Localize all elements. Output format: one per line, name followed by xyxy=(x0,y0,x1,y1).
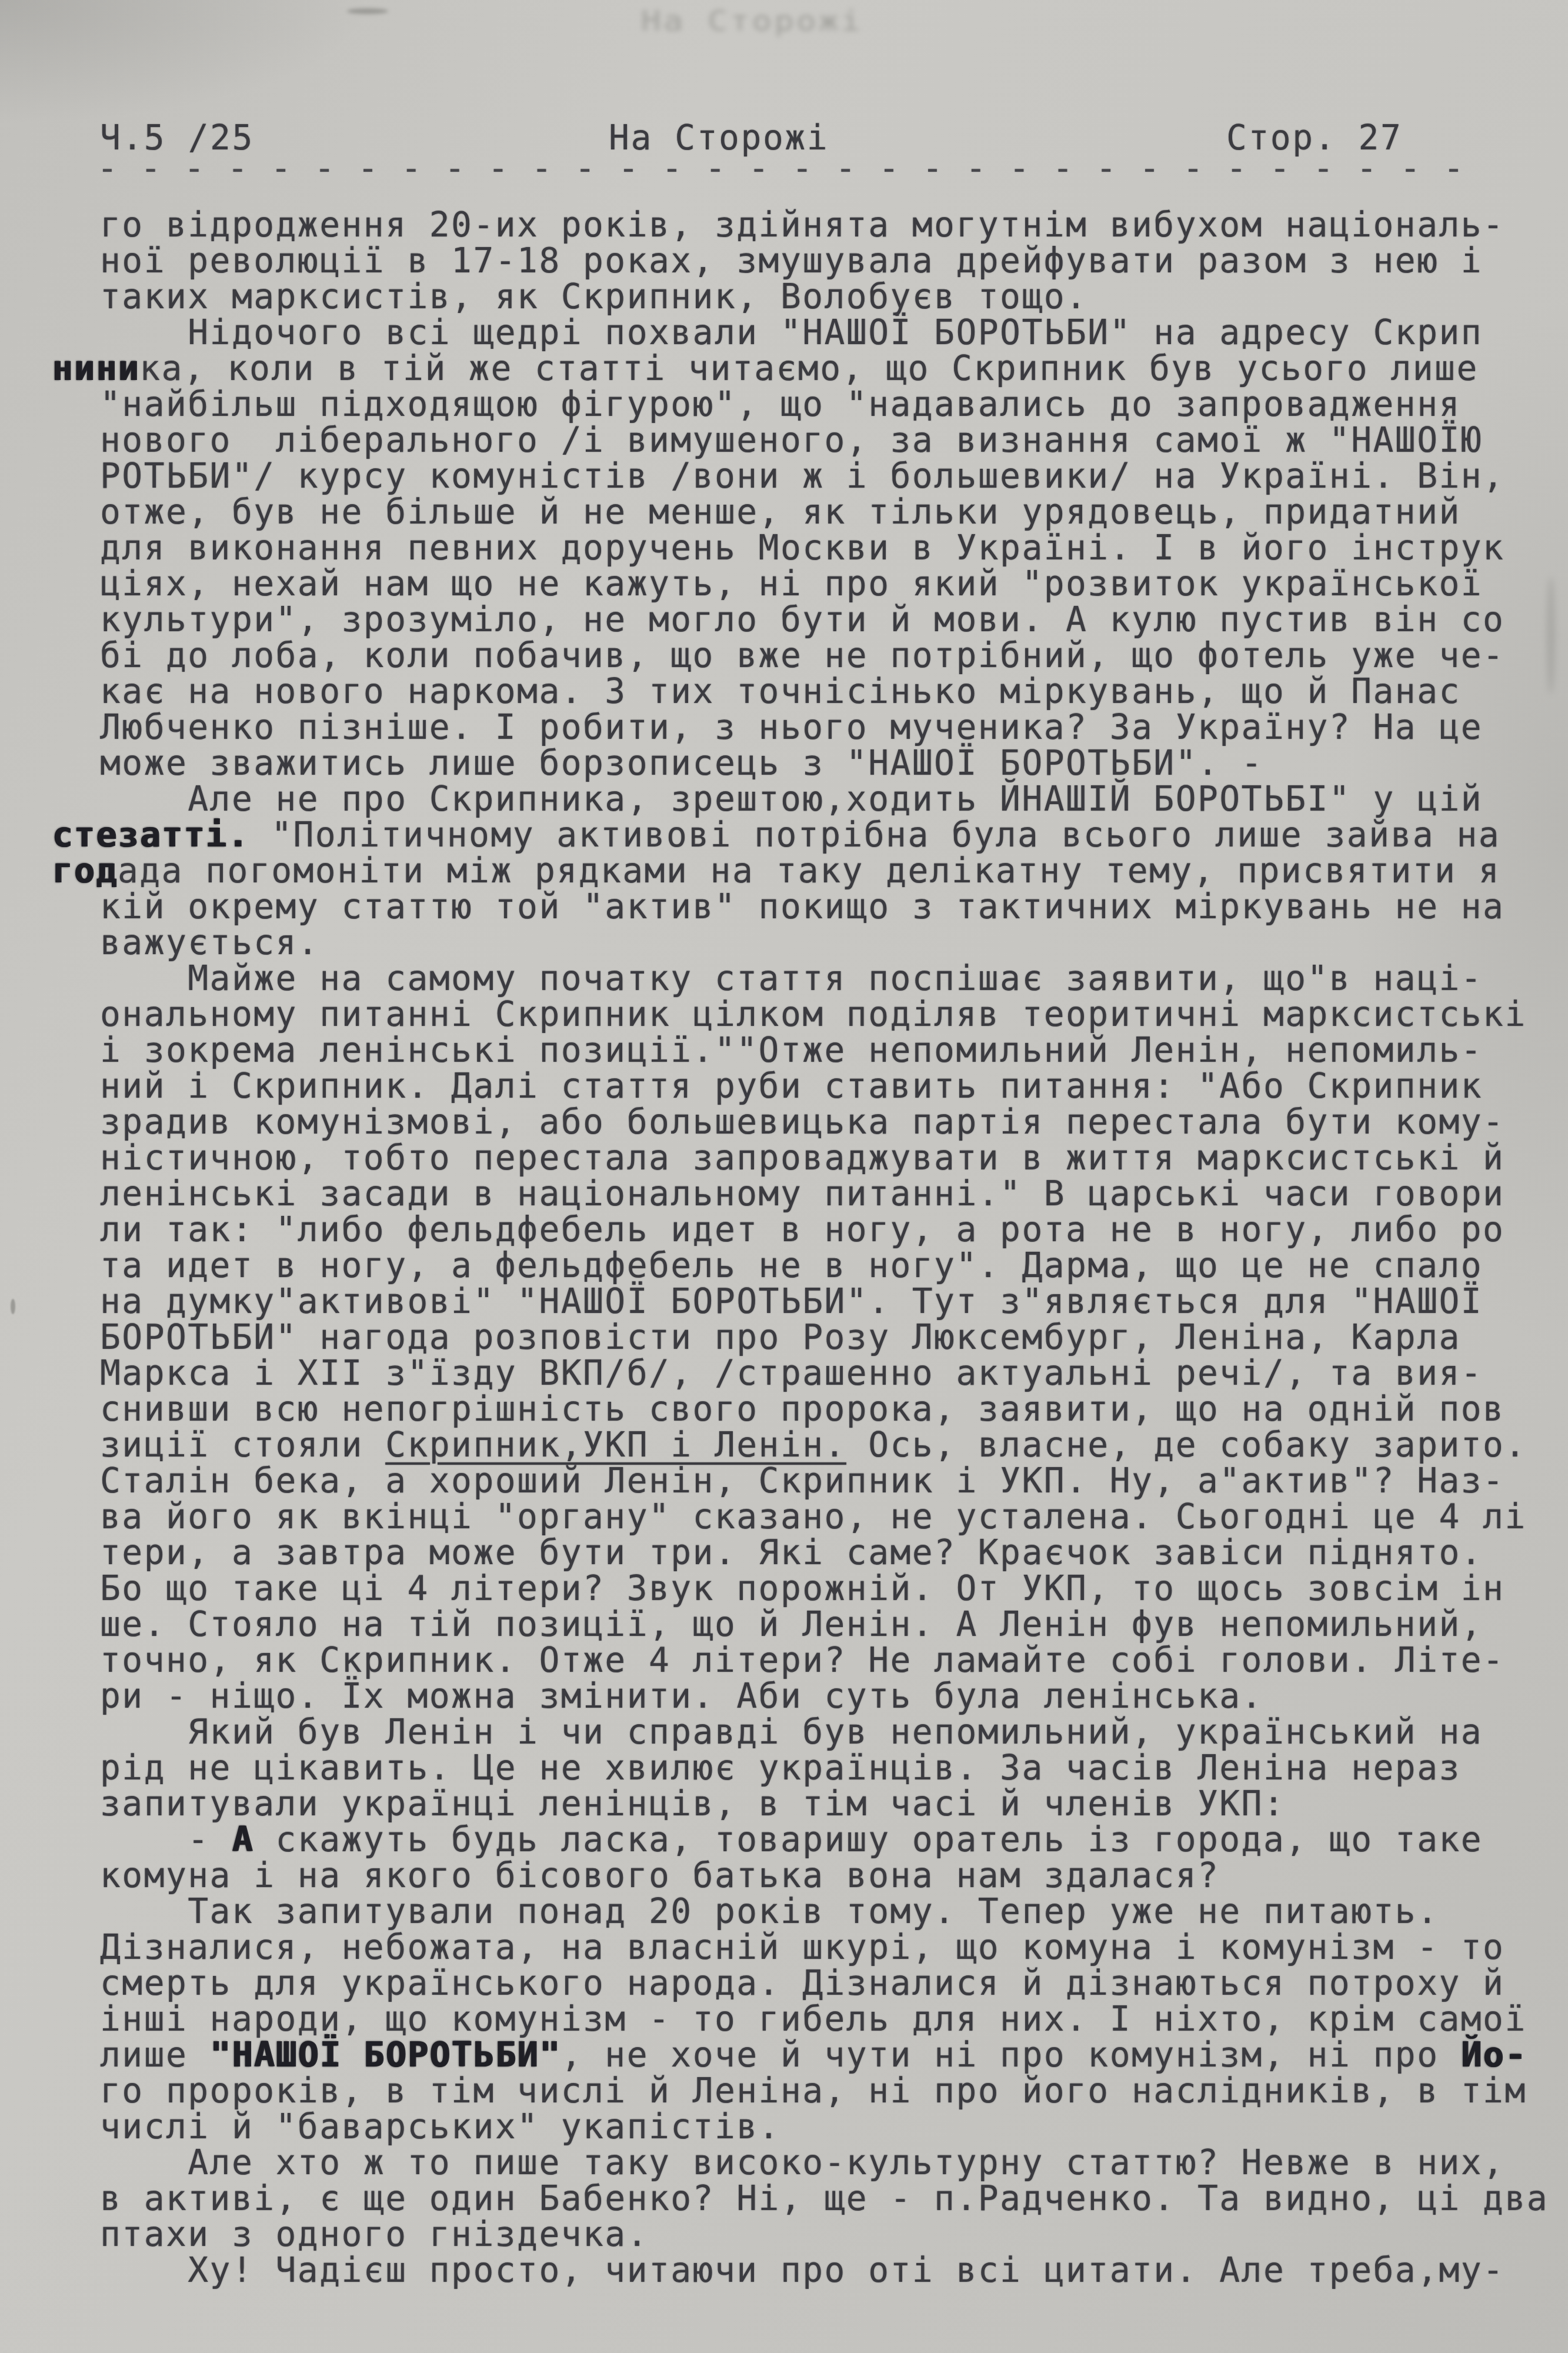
text-segment: , не хоче й чути ні про комунізм, ні про xyxy=(561,2035,1461,2075)
text-segment: го відродження 20-их років, здійнята мог… xyxy=(100,205,1504,245)
text-line: РОТЬБИ"/ курсу комуністів /вони ж і боль… xyxy=(100,458,1535,494)
text-line: для виконання певних доручень Москви в У… xyxy=(100,530,1535,566)
text-line: го пророків, в тім числі й Леніна, ні пр… xyxy=(100,2073,1535,2109)
text-line: "найбільш підходящою фігурою", що "надав… xyxy=(100,386,1535,422)
text-segment: комуна і на якого бісового батька вона н… xyxy=(100,1855,1219,1895)
text-line: го відродження 20-их років, здійнята мог… xyxy=(100,207,1535,243)
text-line: запитували українці ленінців, в тім часі… xyxy=(100,1786,1535,1822)
text-segment: птахи з одного гніздечка. xyxy=(100,2214,649,2254)
paper-speck xyxy=(1547,576,1555,694)
text-segment: Ху! Чадієш просто, читаючи про оті всі ц… xyxy=(100,2250,1504,2290)
text-line: Нідочого всі щедрі похвали "НАШОЇ БОРОТЬ… xyxy=(100,315,1535,351)
text-line: Але не про Скрипника, зрештою,ходить ЙНА… xyxy=(100,781,1535,817)
text-segment: важується. xyxy=(100,922,319,962)
text-line: ниника, коли в тій же статті читаємо, що… xyxy=(52,351,1535,386)
text-line: зиції стояли Скрипник,УКП і Ленін. Ось, … xyxy=(100,1427,1535,1463)
overstruck-text: Йо- xyxy=(1461,2035,1527,2075)
text-segment: ка, коли в тій же статті читаємо, що Скр… xyxy=(139,348,1478,388)
text-line: числі й "баварських" укапістів. xyxy=(100,2109,1535,2145)
text-line: таких марксистів, як Скрипник, Волобуєв … xyxy=(100,279,1535,315)
text-line: ленінські засади в національному питанні… xyxy=(100,1176,1535,1212)
overstruck-text: год xyxy=(52,851,118,891)
text-segment: для виконання певних доручень Москви в У… xyxy=(100,528,1504,568)
text-line: бі до лоба, коли побачив, що вже не потр… xyxy=(100,638,1535,674)
text-line: кій окрему статтю той "актив" покищо з т… xyxy=(100,889,1535,925)
text-segment: ної революції в 17-18 роках, змушувала д… xyxy=(100,241,1483,281)
text-segment: "найбільш підходящою фігурою", що "надав… xyxy=(100,384,1461,424)
text-line: ва його як вкінці "органу" сказано, не у… xyxy=(100,1499,1535,1535)
text-segment: зрадив комунізмові, або большевицька пар… xyxy=(100,1102,1504,1142)
text-segment: ний і Скрипник. Далі стаття руби ставить… xyxy=(100,1066,1483,1106)
text-line: зрадив комунізмові, або большевицька пар… xyxy=(100,1104,1535,1140)
text-line: Маркса і XII з"їзду ВКП/б/, /страшенно а… xyxy=(100,1355,1535,1391)
text-segment: отже, був не більше й не менше, як тільк… xyxy=(100,492,1461,532)
overstruck-text: стезатті. xyxy=(52,815,249,855)
text-segment: культури", зрозуміло, не могло бути й мо… xyxy=(100,599,1504,639)
text-segment: зиції стояли xyxy=(100,1425,385,1465)
text-line: Дізналися, небожата, на власній шкурі, щ… xyxy=(100,1929,1535,1965)
text-line: лише "НАШОЇ БОРОТЬБИ", не хоче й чути ні… xyxy=(100,2037,1535,2073)
text-line: ціях, нехай нам що не кажуть, ні про яки… xyxy=(100,566,1535,602)
text-line: ри - ніщо. Їх можна змінити. Аби суть бу… xyxy=(100,1678,1535,1714)
text-line: ональному питанні Скрипник цілком поділя… xyxy=(100,996,1535,1032)
text-segment: запитували українці ленінців, в тім часі… xyxy=(100,1784,1285,1824)
text-segment: інші народи, що комунізм - то гибель для… xyxy=(100,1999,1527,2039)
overstruck-text: А xyxy=(232,1819,253,1859)
overstruck-text: нини xyxy=(52,348,139,388)
text-line: Так запитували понад 20 років тому. Тепе… xyxy=(100,1894,1535,1929)
text-segment: та идет в ногу, а фельдфебель не в ногу"… xyxy=(100,1245,1483,1285)
text-line: ний і Скрипник. Далі стаття руби ставить… xyxy=(100,1068,1535,1104)
text-line: отже, був не більше й не менше, як тільк… xyxy=(100,494,1535,530)
underlined-text: Скрипник,УКП і Ленін. xyxy=(385,1425,846,1465)
text-segment: кає на нового наркома. З тих точнісінько… xyxy=(100,671,1461,711)
text-line: годада погомоніти між рядками на таку де… xyxy=(52,853,1535,889)
text-line: культури", зрозуміло, не могло бути й мо… xyxy=(100,602,1535,638)
text-line: комуна і на якого бісового батька вона н… xyxy=(100,1858,1535,1894)
text-line: Сталін бека, а хороший Ленін, Скрипник і… xyxy=(100,1463,1535,1499)
text-line: Але хто ж то пише таку високо-культурну … xyxy=(100,2145,1535,2181)
text-line: ністичною, тобто перестала запроваджуват… xyxy=(100,1140,1535,1176)
text-segment: і зокрема ленінські позиції.""Отже непом… xyxy=(100,1030,1483,1070)
text-segment: ва його як вкінці "органу" сказано, не у… xyxy=(100,1497,1527,1537)
text-segment: тери, а завтра може бути три. Які саме? … xyxy=(100,1532,1483,1572)
text-segment: смерть для українського народа. Дізналис… xyxy=(100,1963,1504,2003)
text-segment: - xyxy=(100,1819,232,1859)
text-line: кає на нового наркома. З тих точнісінько… xyxy=(100,674,1535,709)
text-line: стезатті. "Політичному активові потрібна… xyxy=(52,817,1535,853)
text-segment: ціях, нехай нам що не кажуть, ні про яки… xyxy=(100,564,1483,604)
text-line: і зокрема ленінські позиції.""Отже непом… xyxy=(100,1032,1535,1068)
text-segment: ше. Стояло на тій позиції, що й Ленін. А… xyxy=(100,1604,1483,1644)
scanned-page: На Сторожі Ч.5 /25 На Сторожі Стор. 27 -… xyxy=(0,0,1568,2353)
text-segment: кій окрему статтю той "актив" покищо з т… xyxy=(100,886,1504,926)
text-line: БОРОТЬБИ" нагода розповісти про Розу Люк… xyxy=(100,1319,1535,1355)
text-line: снивши всю непогрішність свого пророка, … xyxy=(100,1391,1535,1427)
text-segment: скажуть будь ласка, товаришу оратель із … xyxy=(253,1819,1483,1859)
text-segment: Так запитували понад 20 років тому. Тепе… xyxy=(100,1891,1439,1931)
text-segment: ри - ніщо. Їх можна змінити. Аби суть бу… xyxy=(100,1676,1263,1716)
overstruck-text: "НАШОЇ БОРОТЬБИ" xyxy=(210,2035,561,2075)
text-segment: го пророків, в тім числі й Леніна, ні пр… xyxy=(100,2071,1527,2111)
text-line: ної революції в 17-18 роках, змушувала д… xyxy=(100,243,1535,279)
text-segment: "Політичному активові потрібна була всьо… xyxy=(249,815,1500,855)
text-segment: снивши всю непогрішність свого пророка, … xyxy=(100,1389,1504,1429)
text-segment: може зважитись лише борзописець з "НАШОЇ… xyxy=(100,743,1263,783)
text-segment: рід не цікавить. Це не хвилює українців.… xyxy=(100,1748,1461,1788)
text-segment: Любченко пізніше. І робити, з нього муче… xyxy=(100,707,1483,747)
text-segment: Маркса і XII з"їзду ВКП/б/, /страшенно а… xyxy=(100,1353,1483,1393)
text-segment: ональному питанні Скрипник цілком поділя… xyxy=(100,994,1527,1034)
text-line: нового ліберального /і вимушеного, за ви… xyxy=(100,422,1535,458)
text-line: ше. Стояло на тій позиції, що й Ленін. А… xyxy=(100,1607,1535,1642)
text-segment: бі до лоба, коли побачив, що вже не потр… xyxy=(100,635,1504,675)
text-line: тери, а завтра може бути три. Які саме? … xyxy=(100,1535,1535,1571)
text-segment: Але хто ж то пише таку високо-культурну … xyxy=(100,2142,1504,2182)
text-line: може зважитись лише борзописець з "НАШОЇ… xyxy=(100,745,1535,781)
text-segment: Нідочого всі щедрі похвали "НАШОЇ БОРОТЬ… xyxy=(100,312,1483,352)
paper-speck xyxy=(347,8,388,14)
text-segment: в активі, є ще один Бабенко? Ні, ще - п.… xyxy=(100,2178,1549,2218)
text-line: в активі, є ще один Бабенко? Ні, ще - п.… xyxy=(100,2181,1535,2217)
text-line: на думку"активові" "НАШОЇ БОРОТЬБИ". Тут… xyxy=(100,1284,1535,1319)
dash-leader: - - - - - - - - - - - - - - - - - - - - … xyxy=(97,148,1485,188)
text-line: Бо що таке ці 4 літери? Звук порожній. О… xyxy=(100,1571,1535,1607)
text-segment: РОТЬБИ"/ курсу комуністів /вони ж і боль… xyxy=(100,456,1504,496)
scan-smudge: На Сторожі xyxy=(641,5,863,38)
text-line: Ху! Чадієш просто, читаючи про оті всі ц… xyxy=(100,2252,1535,2288)
text-segment: числі й "баварських" укапістів. xyxy=(100,2107,780,2147)
text-segment: ленінські засади в національному питанні… xyxy=(100,1174,1504,1214)
text-segment: Дізналися, небожата, на власній шкурі, щ… xyxy=(100,1927,1504,1967)
text-line: ли так: "либо фельдфебель идет в ногу, а… xyxy=(100,1212,1535,1248)
text-line: смерть для українського народа. Дізналис… xyxy=(100,1965,1535,2001)
text-line: Майже на самому початку стаття поспішає … xyxy=(100,961,1535,996)
text-line: точно, як Скрипник. Отже 4 літери? Не ла… xyxy=(100,1642,1535,1678)
text-segment: таких марксистів, як Скрипник, Волобуєв … xyxy=(100,276,1087,316)
text-segment: ли так: "либо фельдфебель идет в ногу, а… xyxy=(100,1209,1504,1249)
text-segment: Майже на самому початку стаття поспішає … xyxy=(100,958,1483,998)
text-line: Який був Ленін і чи справді був непомиль… xyxy=(100,1714,1535,1750)
text-segment: точно, як Скрипник. Отже 4 літери? Не ла… xyxy=(100,1640,1504,1680)
text-segment: на думку"активові" "НАШОЇ БОРОТЬБИ". Тут… xyxy=(100,1281,1483,1321)
text-line: Любченко пізніше. І робити, з нього муче… xyxy=(100,709,1535,745)
text-segment: лише xyxy=(100,2035,210,2075)
text-segment: ада погомоніти між рядками на таку делік… xyxy=(118,851,1500,891)
text-line: птахи з одного гніздечка. xyxy=(100,2217,1535,2252)
text-segment: Сталін бека, а хороший Ленін, Скрипник і… xyxy=(100,1461,1504,1501)
text-line: інші народи, що комунізм - то гибель для… xyxy=(100,2001,1535,2037)
text-segment: БОРОТЬБИ" нагода розповісти про Розу Люк… xyxy=(100,1317,1461,1357)
text-line: рід не цікавить. Це не хвилює українців.… xyxy=(100,1750,1535,1786)
text-segment: Який був Ленін і чи справді був непомиль… xyxy=(100,1712,1483,1752)
text-segment: Але не про Скрипника, зрештою,ходить ЙНА… xyxy=(100,779,1483,819)
text-line: важується. xyxy=(100,925,1535,961)
text-line: та идет в ногу, а фельдфебель не в ногу"… xyxy=(100,1248,1535,1284)
text-segment: Бо що таке ці 4 літери? Звук порожній. О… xyxy=(100,1568,1504,1608)
text-line: - А скажуть будь ласка, товаришу оратель… xyxy=(100,1822,1535,1858)
text-segment: ністичною, тобто перестала запроваджуват… xyxy=(100,1138,1504,1178)
paper-speck xyxy=(11,1299,15,1314)
text-segment: Ось, власне, де собаку зарито. xyxy=(846,1425,1527,1465)
body-text: го відродження 20-их років, здійнята мог… xyxy=(100,207,1535,2288)
text-segment: нового ліберального /і вимушеного, за ви… xyxy=(100,420,1483,460)
